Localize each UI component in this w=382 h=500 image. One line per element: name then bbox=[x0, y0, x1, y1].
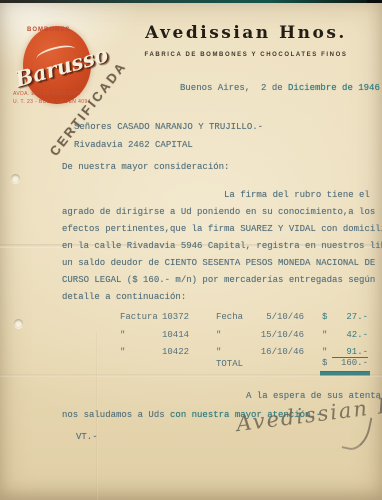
invoice-date: 15/10/46 bbox=[246, 330, 304, 340]
body-line: detalle a continuación: bbox=[62, 292, 186, 303]
scanned-letter-page: BOMBONES Barusso AVDA. ENTRE RIOS 1035U.… bbox=[0, 0, 382, 500]
invoice-amount: 91.- bbox=[332, 347, 368, 358]
invoice-row-label: " bbox=[120, 330, 125, 340]
invoice-row: Factura 10372 Fecha 5/10/46 $ 27.- bbox=[120, 312, 382, 324]
invoice-number: 10422 bbox=[162, 347, 189, 357]
body-line: La firma del rubro tiene el bbox=[224, 190, 370, 201]
body-line: efectos pertinentes,que la firma SUAREZ … bbox=[62, 224, 382, 235]
company-tagline: FABRICA DE BOMBONES Y CHOCOLATES FINOS bbox=[112, 52, 380, 58]
dateline: Buenos Aires, 2 de Diciembre de 1946.- bbox=[180, 83, 382, 94]
paper-crease bbox=[0, 374, 382, 377]
letterhead-address-line2: U. T. 23 - BUEN ORDEN 4094 bbox=[13, 99, 91, 105]
invoice-date-label: " bbox=[216, 347, 221, 357]
total-amount: 160.- bbox=[332, 358, 368, 368]
closing-text: nos saludamos a Uds bbox=[62, 410, 170, 420]
body-line: agrado de dirigirse a Ud poniendo en su … bbox=[62, 207, 375, 218]
invoice-date: 16/10/46 bbox=[246, 347, 304, 357]
company-name: Avedissian Hnos. bbox=[112, 23, 380, 43]
total-amount-group: $ 160.- bbox=[320, 358, 370, 372]
invoice-number: 10414 bbox=[162, 330, 189, 340]
currency-sign: $ bbox=[322, 312, 327, 322]
letterhead-address-line1: AVDA. ENTRE RIOS 1035 bbox=[13, 91, 81, 97]
invoice-row-label: " bbox=[120, 347, 125, 357]
typist-initials: VT.- bbox=[76, 432, 98, 443]
punch-hole bbox=[14, 319, 23, 328]
letter-paper: BOMBONES Barusso AVDA. ENTRE RIOS 1035U.… bbox=[0, 3, 382, 500]
invoice-date: 5/10/46 bbox=[246, 312, 304, 322]
body-line: un saldo deudor de CIENTO SESENTA PESOS … bbox=[62, 258, 375, 269]
invoice-date-label: " bbox=[216, 330, 221, 340]
logo-bombones-text: BOMBONES bbox=[27, 27, 70, 33]
currency-sign: $ bbox=[322, 358, 327, 368]
salutation: De nuestra mayor consideración: bbox=[62, 162, 229, 173]
recipient-name: Señores CASADO NARANJO Y TRUJILLO.- bbox=[74, 122, 263, 133]
total-label: TOTAL bbox=[216, 359, 243, 369]
invoice-number: 10372 bbox=[162, 312, 189, 322]
invoice-row: " 10414 " 15/10/46 " 42.- bbox=[120, 330, 382, 342]
dateline-city: Buenos Aires, 2 de bbox=[180, 83, 288, 93]
recipient-address: Rivadavia 2462 CAPITAL bbox=[74, 140, 193, 151]
currency-sign: " bbox=[322, 330, 327, 340]
punch-hole bbox=[11, 174, 20, 183]
invoice-amount: 27.- bbox=[332, 312, 368, 322]
invoice-row-label: Factura bbox=[120, 312, 158, 322]
invoice-amount: 42.- bbox=[332, 330, 368, 340]
dateline-date: Diciembre de 1946.- bbox=[288, 83, 382, 93]
body-line: en la calle Rivadavia 5946 Capital, regi… bbox=[62, 241, 382, 252]
currency-sign: " bbox=[322, 347, 327, 357]
letterhead-address: AVDA. ENTRE RIOS 1035U. T. 23 - BUEN ORD… bbox=[13, 90, 91, 106]
invoice-total-row: TOTAL $ 160.- bbox=[120, 359, 382, 371]
body-line: CURSO LEGAL ($ 160.- m/n) por mercadería… bbox=[62, 275, 375, 286]
invoice-date-label: Fecha bbox=[216, 312, 243, 322]
